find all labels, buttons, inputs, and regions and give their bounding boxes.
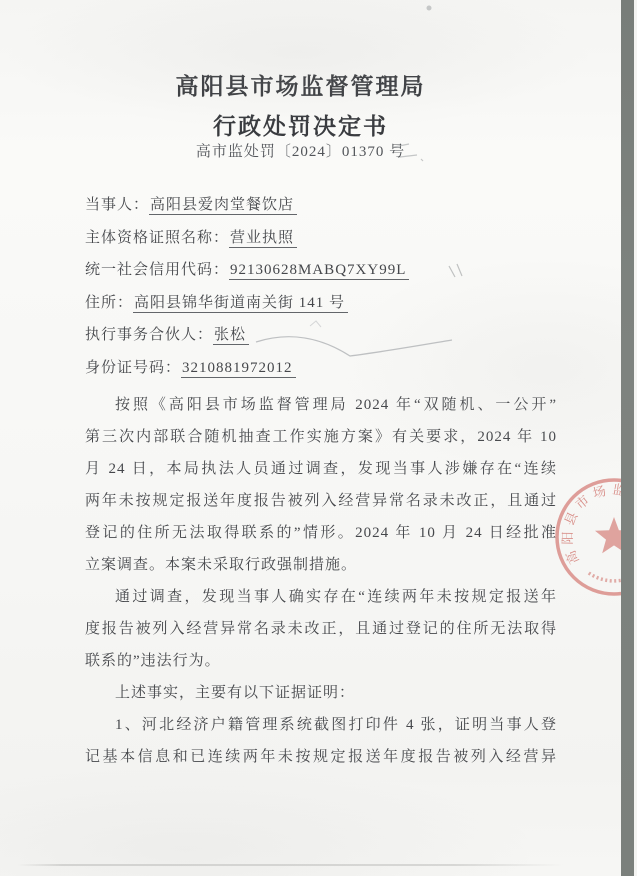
field-label: 当事人： [85,197,149,213]
field-value: 高阳县爱肉堂餐饮店 [149,197,297,215]
paragraph-line: 立案调查。本案未采取行政强制措施。 [85,549,557,581]
field-address: 住所：高阳县锦华街道南关街 141 号 [85,287,557,320]
document-paper: 高阳县市场监督管理局 行政处罚决定书 高市监处罚〔2024〕01370 号 当事… [0,0,621,876]
field-value: 高阳县锦华街道南关街 141 号 [133,295,348,313]
paragraph-line: 记基本信息和已连续两年未按规定报送年度报告被列入经营异 [85,741,557,773]
field-value: 92130628MABQ7XY99L [229,262,409,280]
field-label: 执行事务合伙人： [85,327,213,343]
document-content: 当事人：高阳县爱肉堂餐饮店 主体资格证照名称：营业执照 统一社会信用代码：921… [0,189,621,773]
party-info-fields: 当事人：高阳县爱肉堂餐饮店 主体资格证照名称：营业执照 统一社会信用代码：921… [85,189,557,384]
field-label: 统一社会信用代码： [85,262,229,278]
paragraph-line: 1、河北经济户籍管理系统截图打印件 4 张，证明当事人登 [85,709,557,741]
paragraph-line: 度报告被列入经营异常名录未改正，且通过登记的住所无法取得 [85,613,557,645]
paragraph-line: 通过调查，发现当事人确实存在“连续两年未按规定报送年 [85,581,557,613]
field-license-name: 主体资格证照名称：营业执照 [85,222,557,255]
field-value: 张松 [213,327,249,345]
paragraph-line: 两年未按规定报送年度报告被列入经营异常名录未改正，且通过 [85,485,557,517]
paper-bottom-edge-shadow [18,864,563,866]
scanner-background-strip [621,0,634,876]
scanned-page: 高阳县市场监督管理局 行政处罚决定书 高市监处罚〔2024〕01370 号 当事… [0,0,637,876]
field-executive-partner: 执行事务合伙人：张松 [85,319,557,352]
document-header: 高阳县市场监督管理局 行政处罚决定书 高市监处罚〔2024〕01370 号 [0,0,621,162]
paragraph-evidence-item1: 1、河北经济户籍管理系统截图打印件 4 张，证明当事人登 记基本信息和已连续两年… [85,709,557,773]
paragraph-line: 登记的住所无法取得联系的”情形。2024 年 10 月 24 日经批准 [85,517,557,549]
paragraph-line: 第三次内部联合随机抽查工作实施方案》有关要求，2024 年 10 [85,421,557,453]
field-party: 当事人：高阳县爱肉堂餐饮店 [85,189,557,222]
field-label: 住所： [85,295,133,311]
field-label: 主体资格证照名称： [85,230,229,246]
field-value: 营业执照 [229,230,297,248]
paragraph-evidence-intro: 上述事实，主要有以下证据证明： [85,677,557,709]
paragraph-findings: 通过调查，发现当事人确实存在“连续两年未按规定报送年 度报告被列入经营异常名录未… [85,581,557,677]
document-type-title: 行政处罚决定书 [60,112,541,142]
paragraph-line: 联系的”违法行为。 [85,645,557,677]
issuing-authority-title: 高阳县市场监督管理局 [60,72,541,102]
field-credit-code: 统一社会信用代码：92130628MABQ7XY99L [85,254,557,287]
paragraph-line: 月 24 日，本局执法人员通过调查，发现当事人涉嫌存在“连续 [85,453,557,485]
field-value: 3210881972012 [181,360,296,378]
field-label: 身份证号码： [85,360,181,376]
field-id-number: 身份证号码：3210881972012 [85,352,557,385]
paragraph-basis: 按照《高阳县市场监督管理局 2024 年“双随机、一公开” 第三次内部联合随机抽… [85,389,557,581]
paragraph-line: 上述事实，主要有以下证据证明： [85,677,557,709]
document-number: 高市监处罚〔2024〕01370 号 [60,142,541,162]
document-body: 按照《高阳县市场监督管理局 2024 年“双随机、一公开” 第三次内部联合随机抽… [85,389,557,773]
paragraph-line: 按照《高阳县市场监督管理局 2024 年“双随机、一公开” [85,389,557,421]
